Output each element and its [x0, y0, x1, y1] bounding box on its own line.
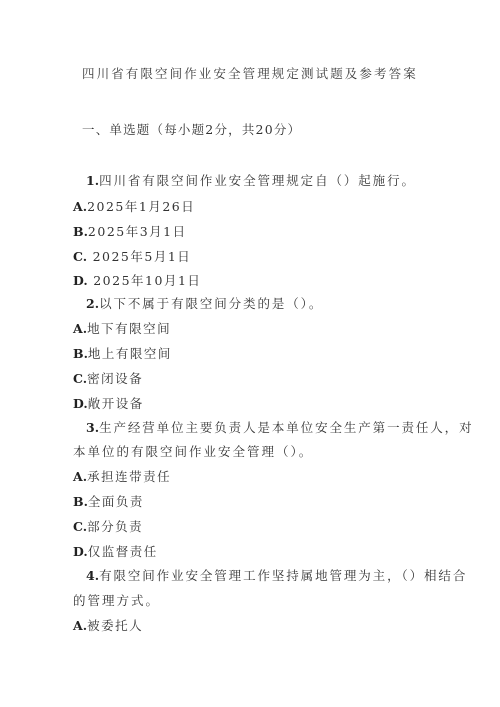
q2-option-b: B.地上有限空间 [73, 346, 172, 362]
option-label: B. [73, 224, 88, 239]
section-heading: 一、单选题（每小题2分，共20分） [82, 122, 301, 138]
option-text: 2025年1月26日 [87, 199, 195, 214]
option-text: 仅监督责任 [88, 544, 158, 559]
question-4: 4.有限空间作业安全管理工作坚持属地管理为主，（）相结合 [86, 568, 467, 584]
option-label: C. [73, 249, 87, 264]
option-label: A. [73, 618, 87, 633]
option-text: 2025年10月1日 [88, 273, 202, 288]
option-label: B. [73, 346, 88, 361]
option-label: D. [73, 544, 88, 559]
option-label: C. [73, 519, 87, 534]
q4-option-a: A.被委托人 [73, 618, 143, 634]
question-number: 2. [86, 296, 99, 311]
option-label: A. [73, 469, 87, 484]
q2-option-d: D.敞开设备 [73, 396, 144, 412]
question-4-continuation: 的管理方式。 [73, 593, 160, 609]
question-number: 3. [86, 420, 99, 435]
q3-option-c: C.部分负责 [73, 519, 143, 535]
question-text: 生产经营单位主要负责人是本单位安全生产第一责任人，对 [99, 420, 473, 435]
option-text: 地下有限空间 [87, 321, 171, 336]
document-title: 四川省有限空间作业安全管理规定测试题及参考答案 [82, 66, 418, 82]
option-label: B. [73, 494, 88, 509]
q1-option-a: A.2025年1月26日 [73, 199, 195, 215]
question-number: 1. [86, 173, 99, 188]
option-label: D. [73, 396, 88, 411]
q1-option-c: C. 2025年5月1日 [73, 249, 191, 265]
option-text: 2025年5月1日 [87, 249, 191, 264]
q3-option-a: A.承担连带责任 [73, 469, 171, 485]
option-label: D. [73, 273, 88, 288]
q2-option-a: A.地下有限空间 [73, 321, 171, 337]
option-text: 地上有限空间 [88, 346, 172, 361]
question-text: 四川省有限空间作业安全管理规定自（）起施行。 [99, 173, 416, 188]
q1-option-b: B.2025年3月1日 [73, 224, 187, 240]
option-label: A. [73, 199, 87, 214]
option-text: 部分负责 [87, 519, 143, 534]
question-3: 3.生产经营单位主要负责人是本单位安全生产第一责任人，对 [86, 420, 473, 436]
option-text: 敞开设备 [88, 396, 144, 411]
question-2: 2.以下不属于有限空间分类的是（）。 [86, 296, 323, 312]
question-text: 有限空间作业安全管理工作坚持属地管理为主，（）相结合 [99, 568, 467, 583]
option-text: 2025年3月1日 [88, 224, 187, 239]
option-text: 被委托人 [87, 618, 143, 633]
option-text: 承担连带责任 [87, 469, 171, 484]
question-number: 4. [86, 568, 99, 583]
q1-option-d: D. 2025年10月1日 [73, 273, 201, 289]
q3-option-b: B.全面负责 [73, 494, 144, 510]
question-1: 1.四川省有限空间作业安全管理规定自（）起施行。 [86, 173, 416, 189]
option-text: 全面负责 [88, 494, 144, 509]
option-text: 密闭设备 [87, 371, 143, 386]
q2-option-c: C.密闭设备 [73, 371, 143, 387]
q3-option-d: D.仅监督责任 [73, 544, 158, 560]
question-text: 以下不属于有限空间分类的是（）。 [99, 296, 323, 311]
option-label: A. [73, 321, 87, 336]
question-3-continuation: 本单位的有限空间作业安全管理（）。 [73, 444, 313, 460]
option-label: C. [73, 371, 87, 386]
